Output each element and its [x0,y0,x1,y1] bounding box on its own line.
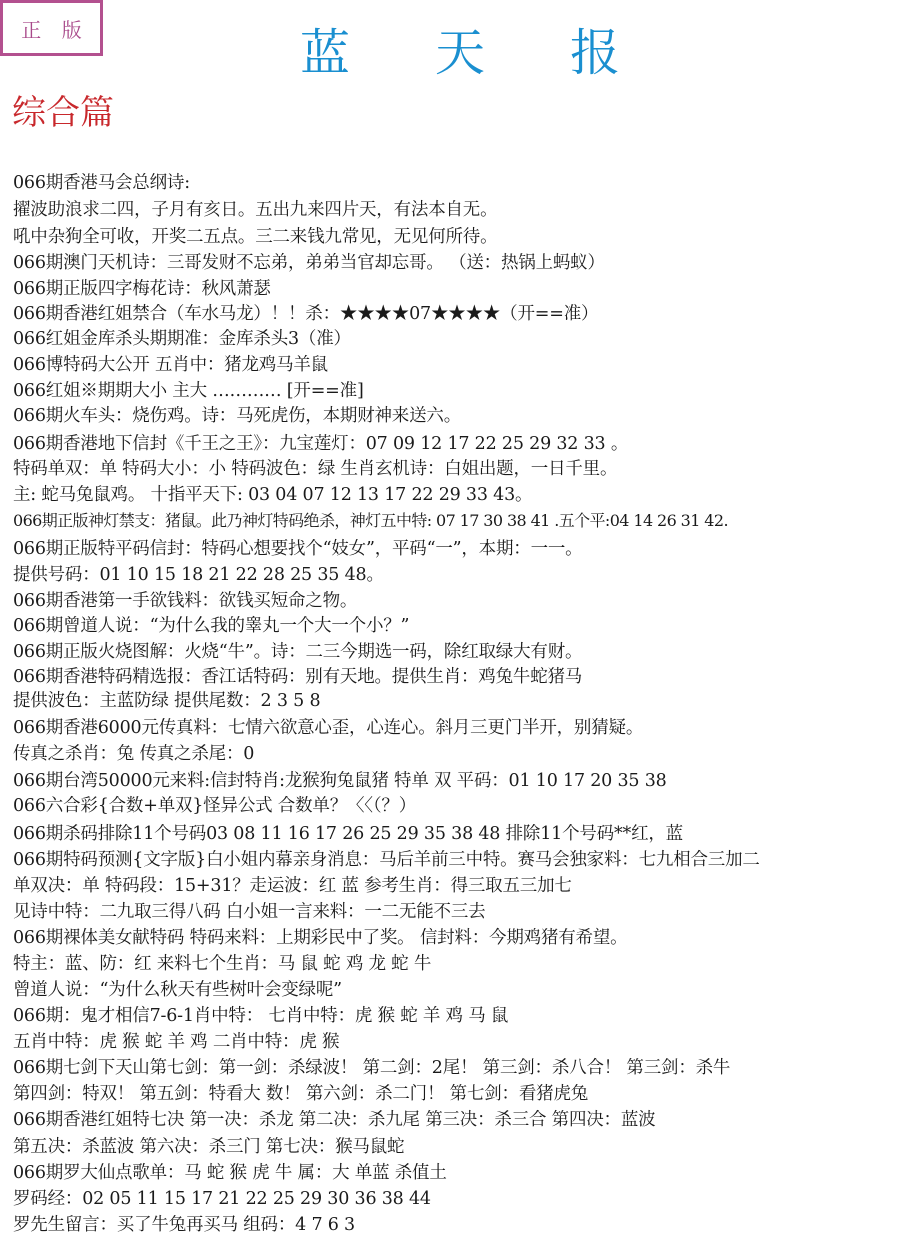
text-line: 罗先生留言：买了牛兔再买马 组码：4 7 6 3 [13,1217,355,1235]
page-title: 蓝 天 报 [300,18,620,88]
text-line: 066期正版特平码信封：特码心想要找个“妓女”，平码“一”，本期：一一。 [13,541,583,559]
text-line: 066期杀码排除11个号码03 08 11 16 17 26 25 29 35 … [13,826,683,844]
text-line: 066期：鬼才相信7-6-1肖中特： 七肖中特：虎 猴 蛇 羊 鸡 马 鼠 [13,1008,508,1026]
text-line: 主: 蛇马兔鼠鸡。 十指平天下: 03 04 07 12 13 17 22 29… [13,487,532,505]
text-line: 罗码经：02 05 11 15 17 21 22 25 29 30 36 38 … [13,1191,431,1209]
text-line: 066红姐※期期大小 主大 ………… [开==准] [13,383,364,401]
text-line: 曾道人说：“为什么秋天有些树叶会变绿呢” [13,982,342,1000]
text-line: 066期台湾50000元来料:信封特肖:龙猴狗兔鼠猪 特单 双 平码：01 10… [13,773,667,791]
text-line: 066红姐金库杀头期期准：金库杀头3（准） [13,331,351,349]
text-line: 066期澳门天机诗：三哥发财不忘弟，弟弟当官却忘哥。 （送：热锅上蚂蚁） [13,255,605,273]
text-line: 第五决：杀蓝波 第六决：杀三门 第七决：猴马鼠蛇 [13,1139,404,1157]
text-line: 066期特码预测{文字版}白小姐内幕亲身消息：马后羊前三中特。赛马会独家料：七九… [13,852,760,870]
text-line: 吼中杂狗全可收，开奖二五点。三二来钱九常见，无见何所待。 [13,229,497,247]
text-line: 066期香港红姐特七决 第一决：杀龙 第二决：杀九尾 第三决：杀三合 第四决：蓝… [13,1112,655,1130]
text-line: 传真之杀肖：兔 传真之杀尾：0 [13,746,254,764]
text-line: 066期香港特码精选报：香江话特码：别有天地。提供生肖：鸡兔牛蛇猪马 [13,669,582,687]
text-line: 见诗中特：二九取三得八码 白小姐一言来料：一二无能不三去 [13,904,485,922]
title-char-3: 报 [570,28,620,78]
text-line: 特码单双：单 特码大小：小 特码波色：绿 生肖玄机诗：白姐出题，一日千里。 [13,461,617,479]
official-edition-badge: 正 版 [0,0,103,56]
text-line: 擢波助浪求二四，子月有亥日。五出九来四片天，有法本自无。 [13,202,497,220]
text-line: 066期香港第一手欲钱料：欲钱买短命之物。 [13,593,357,611]
text-line: 066期香港6000元传真料：七情六欲意心歪，心连心。斜月三更门半开，别猜疑。 [13,720,643,738]
text-line: 066期香港马会总纲诗: [13,175,190,193]
title-char-1: 蓝 [300,28,350,78]
text-line: 提供波色：主蓝防绿 提供尾数：2 3 5 8 [13,693,320,711]
section-heading: 综合篇 [12,96,114,130]
text-line: 066期罗大仙点歌单：马 蛇 猴 虎 牛 属：大 单蓝 杀值土 [13,1165,447,1183]
text-line: 特主：蓝、防：红 来料七个生肖：马 鼠 蛇 鸡 龙 蛇 牛 [13,956,431,974]
text-line: 066期正版火烧图解：火烧“牛”。诗：二三今期选一码，除红取绿大有财。 [13,644,582,662]
text-line: 提供号码：01 10 15 18 21 22 28 25 35 48。 [13,567,384,585]
badge-char-1: 正 [21,14,41,43]
text-line: 066期裸体美女献特码 特码来料：上期彩民中了奖。 信封料：今期鸡猪有希望。 [13,930,627,948]
text-line: 第四剑：特双！ 第五剑：特看大 数！ 第六剑：杀二门！ 第七剑：看猪虎兔 [13,1086,588,1104]
badge-char-2: 版 [62,14,82,43]
text-line: 单双决：单 特码段：15+31？走运波：红 蓝 参考生肖：得三取五三加七 [13,878,572,896]
text-line: 066期火车头：烧伤鸡。诗：马死虎伤，本期财神来送六。 [13,408,461,426]
text-line: 066博特码大公开 五肖中：猪龙鸡马羊鼠 [13,357,328,375]
title-char-2: 天 [435,28,485,78]
text-line: 066期曾道人说：“为什么我的睾丸一个大一个小？” [13,618,409,636]
text-line: 五肖中特：虎 猴 蛇 羊 鸡 二肖中特：虎 猴 [13,1034,339,1052]
text-line: 066期七剑下天山第七剑：第一剑：杀绿波！ 第二剑：2尾！ 第三剑：杀八合！ 第… [13,1060,730,1078]
text-line: 066六合彩{合数+单双}怪异公式 合数单？〈〈（？） [13,798,416,816]
text-line: 066期正版神灯禁支：猪鼠。此乃神灯特码绝杀，神灯五中特: 07 17 30 3… [13,513,728,529]
text-line: 066期香港地下信封《千王之王》：九宝莲灯：07 09 12 17 22 25 … [13,436,628,454]
text-line: 066期香港红姐禁合（车水马龙）！！杀：★★★★07★★★★（开==准） [13,306,598,324]
text-line: 066期正版四字梅花诗：秋风萧瑟 [13,281,271,299]
